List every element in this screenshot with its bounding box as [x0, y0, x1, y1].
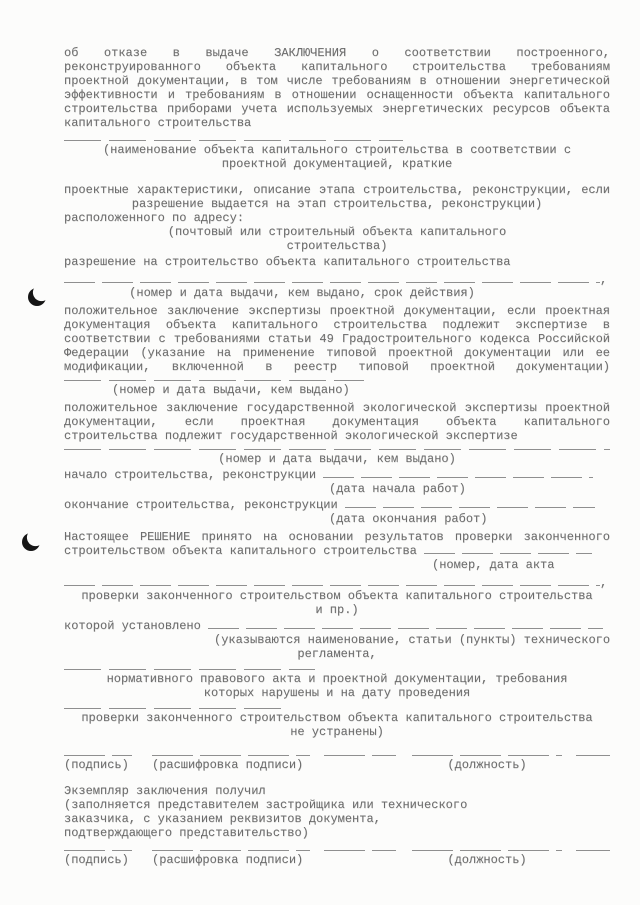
fill-line: , — [64, 273, 610, 286]
found-field: которой установлено — [64, 619, 610, 633]
caption-address: (почтовый или строительный объекта капит… — [64, 225, 610, 239]
trailing-comma: , — [600, 273, 607, 287]
caption-found: (указываются наименование, статьи (пункт… — [64, 633, 610, 647]
fill-line: , — [64, 576, 610, 589]
caption-found: регламента, — [64, 647, 610, 661]
signature-caption: (подпись) — [64, 755, 132, 772]
caption-issued: (номер и дата выдачи, кем выдано) — [64, 383, 610, 397]
copy-received-block: Экземпляр заключения получил (заполняетс… — [64, 784, 610, 840]
caption-start-date: (дата начала работ) — [64, 482, 610, 496]
paragraph-line: эффективности и требованиям в отношении … — [64, 88, 610, 102]
paragraph-line: строительством объекта капитального стро… — [64, 544, 610, 558]
copy-line: (заполняется представителем застройщика … — [64, 798, 610, 812]
signature-post-caption: (должность) — [412, 755, 562, 772]
signature-name-caption: (расшифровка подписи) — [152, 850, 310, 867]
blank-field — [208, 619, 603, 629]
document-content: об отказе в выдаче ЗАКЛЮЧЕНИЯ о соответс… — [64, 46, 610, 867]
paragraph-line: строительства приборами учета используем… — [64, 102, 610, 116]
field-label: которой установлено — [64, 619, 201, 633]
signature-name-caption: (расшифровка подписи) — [152, 755, 310, 772]
paragraph-line: капитального строительства — [64, 116, 610, 130]
act-continuation: и пр.) — [64, 603, 610, 617]
fill-line — [324, 755, 396, 756]
caption-permit: (номер и дата выдачи, кем выдано, срок д… — [64, 286, 540, 300]
paragraph-line: положительное заключение государственной… — [64, 401, 610, 415]
intro-paragraph: об отказе в выдаче ЗАКЛЮЧЕНИЯ о соответс… — [64, 46, 610, 130]
fill-line — [64, 380, 364, 381]
fill-line — [64, 140, 403, 141]
caption-normative: которых нарушены и на дату проведения — [64, 686, 610, 700]
paragraph-line: Федерации (указание на применение типово… — [64, 346, 610, 360]
scanned-document-page: об отказе в выдаче ЗАКЛЮЧЕНИЯ о соответс… — [0, 0, 640, 905]
fill-line — [324, 850, 396, 851]
caption-issued: (номер и дата выдачи, кем выдано) — [64, 452, 610, 466]
copy-line: подтверждающего представительство) — [64, 826, 610, 840]
ecology-paragraph: положительное заключение государственной… — [64, 401, 610, 443]
signature-caption: (подпись) — [64, 850, 132, 867]
copy-line: заказчика, с указанием реквизитов докуме… — [64, 812, 610, 826]
paragraph-line: модификации, включенной в реестр типовой… — [64, 360, 610, 374]
caption-address: строительства) — [64, 239, 610, 253]
paragraph-line: положительное заключение экспертизы прое… — [64, 304, 610, 318]
paragraph-line: разрешение выдается на этап строительств… — [64, 197, 610, 211]
act-continuation: проверки законченного строительством объ… — [64, 589, 610, 603]
paragraph-line: об отказе в выдаче ЗАКЛЮЧЕНИЯ о соответс… — [64, 46, 610, 60]
start-date-field: начало строительства, реконструкции — [64, 468, 610, 482]
fill-line — [576, 850, 610, 851]
signature-post-caption: (должность) — [412, 850, 562, 867]
permit-label: разрешение на строительство объекта капи… — [64, 255, 610, 269]
blank-field — [64, 576, 600, 586]
paragraph-line: проектной документации, в том числе треб… — [64, 74, 610, 88]
signature-row: (подпись) (расшифровка подписи) (должнос… — [64, 850, 610, 867]
caption-end-date: (дата окончания работ) — [64, 512, 610, 526]
expertise-paragraph: положительное заключение экспертизы прое… — [64, 304, 610, 374]
trailing-comma: , — [600, 576, 607, 590]
copy-line: Экземпляр заключения получил — [64, 784, 610, 798]
caption-object-name: проектной документацией, краткие — [64, 157, 610, 171]
paragraph-line: соответствии с требованиями статьи 49 Гр… — [64, 332, 610, 346]
paragraph-line: Настоящее РЕШЕНИЕ принято на основании р… — [64, 530, 610, 544]
caption-not-fixed: не устранены) — [64, 725, 610, 739]
fill-line — [576, 755, 610, 756]
address-label: расположенного по адресу: — [64, 211, 610, 225]
fill-line — [64, 708, 282, 709]
characteristics-block: проектные характеристики, описание этапа… — [64, 183, 610, 225]
paragraph-line: документации, если проектная документаци… — [64, 415, 610, 429]
field-label: начало строительства, реконструкции — [64, 468, 316, 482]
end-date-field: окончание строительства, реконструкции — [64, 498, 610, 512]
fill-line — [64, 449, 610, 450]
signature-row: (подпись) (расшифровка подписи) (должнос… — [64, 755, 610, 772]
paragraph-line: реконструированного объекта капитального… — [64, 60, 610, 74]
caption-object-name: (наименование объекта капитального строи… — [64, 143, 610, 157]
paragraph-line: проектные характеристики, описание этапа… — [64, 183, 610, 197]
decision-paragraph: Настоящее РЕШЕНИЕ принято на основании р… — [64, 530, 610, 558]
paragraph-line: строительства подлежит государственной э… — [64, 429, 610, 443]
field-label: окончание строительства, реконструкции — [64, 498, 338, 512]
caption-normative: нормативного правового акта и проектной … — [64, 672, 610, 686]
caption-act: (номер, дата акта — [64, 558, 610, 572]
blank-field — [345, 498, 595, 508]
field-label: строительством объекта капитального стро… — [64, 544, 417, 558]
fill-line — [64, 669, 315, 670]
blank-field — [323, 468, 593, 478]
blank-field — [424, 544, 592, 554]
blank-field — [64, 273, 600, 283]
scan-artifact-crescent — [20, 531, 46, 553]
scan-artifact-crescent — [26, 286, 52, 308]
paragraph-line: документация объекта капитального строит… — [64, 318, 610, 332]
caption-not-fixed: проверки законченного строительством объ… — [64, 711, 610, 725]
